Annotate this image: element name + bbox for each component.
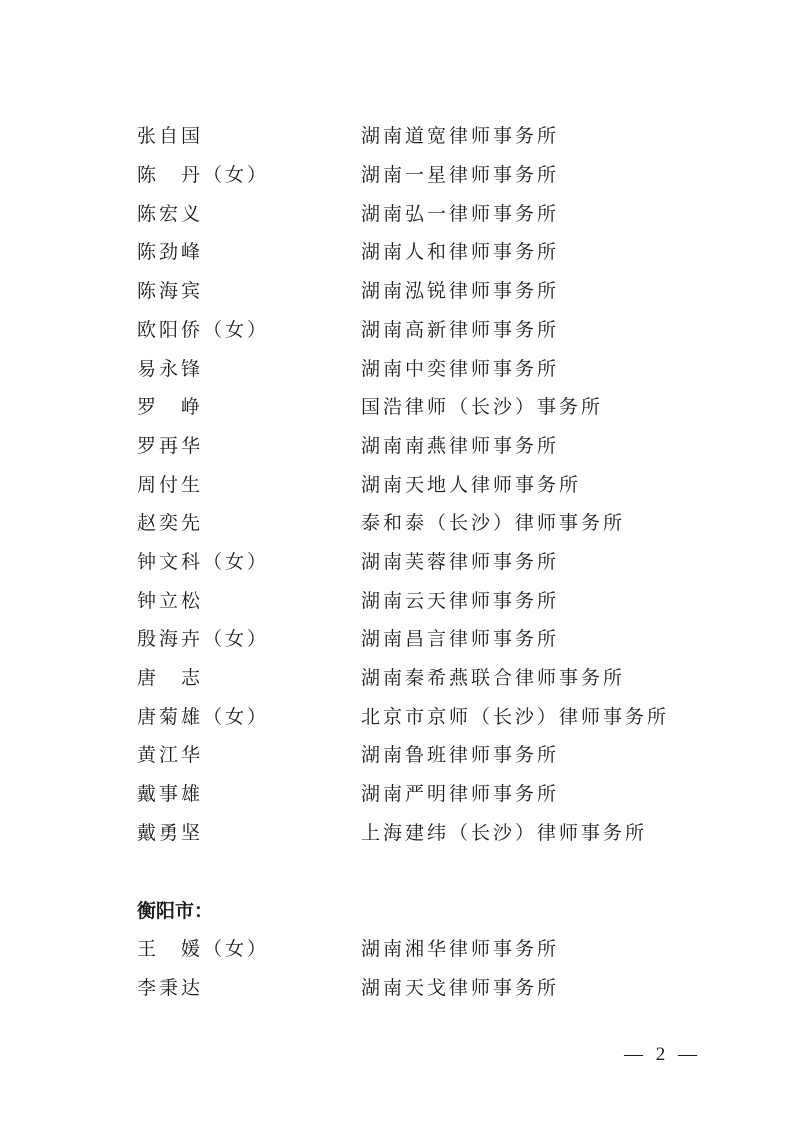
lawyer-name: 钟文科（女）: [137, 547, 269, 577]
lawyer-name: 黄江华: [137, 740, 203, 770]
law-firm: 湖南人和律师事务所: [361, 237, 559, 267]
lawyer-name: 易永锋: [137, 354, 203, 384]
law-firm: 湖南高新律师事务所: [361, 315, 559, 345]
lawyer-name: 王 媛（女）: [137, 934, 269, 964]
law-firm: 湖南泓锐律师事务所: [361, 276, 559, 306]
lawyer-name: 周付生: [137, 470, 203, 500]
lawyer-name: 李秉达: [137, 973, 203, 1003]
law-firm: 湖南秦希燕联合律师事务所: [361, 663, 625, 693]
law-firm: 湖南鲁班律师事务所: [361, 740, 559, 770]
law-firm: 湖南天戈律师事务所: [361, 973, 559, 1003]
law-firm: 国浩律师（长沙）事务所: [361, 392, 603, 422]
lawyer-name: 陈海宾: [137, 276, 203, 306]
law-firm: 湖南湘华律师事务所: [361, 934, 559, 964]
law-firm: 湖南中奕律师事务所: [361, 354, 559, 384]
lawyer-name: 钟立松: [137, 586, 203, 616]
law-firm: 湖南一星律师事务所: [361, 160, 559, 190]
lawyer-name: 罗再华: [137, 431, 203, 461]
lawyer-name: 殷海卉（女）: [137, 624, 269, 654]
law-firm: 湖南昌言律师事务所: [361, 624, 559, 654]
lawyer-name: 罗 峥: [137, 392, 203, 422]
law-firm: 泰和泰（长沙）律师事务所: [361, 508, 625, 538]
law-firm: 上海建纬（长沙）律师事务所: [361, 818, 647, 848]
lawyer-name: 欧阳侨（女）: [137, 315, 269, 345]
law-firm: 湖南南燕律师事务所: [361, 431, 559, 461]
law-firm: 湖南云天律师事务所: [361, 586, 559, 616]
law-firm: 湖南道宽律师事务所: [361, 121, 559, 151]
lawyer-name: 唐菊雄（女）: [137, 702, 269, 732]
lawyer-name: 唐 志: [137, 663, 203, 693]
lawyer-name: 陈 丹（女）: [137, 160, 269, 190]
law-firm: 湖南弘一律师事务所: [361, 199, 559, 229]
lawyer-name: 戴事雄: [137, 779, 203, 809]
law-firm: 北京市京师（长沙）律师事务所: [361, 702, 669, 732]
lawyer-name: 陈劲峰: [137, 237, 203, 267]
section-heading: 衡阳市：: [137, 896, 213, 926]
lawyer-name: 戴勇坚: [137, 818, 203, 848]
law-firm: 湖南严明律师事务所: [361, 779, 559, 809]
lawyer-name: 赵奕先: [137, 508, 203, 538]
page-number: — 2 —: [624, 1040, 701, 1070]
law-firm: 湖南天地人律师事务所: [361, 470, 581, 500]
law-firm: 湖南芙蓉律师事务所: [361, 547, 559, 577]
lawyer-name: 张自国: [137, 121, 203, 151]
lawyer-name: 陈宏义: [137, 199, 203, 229]
